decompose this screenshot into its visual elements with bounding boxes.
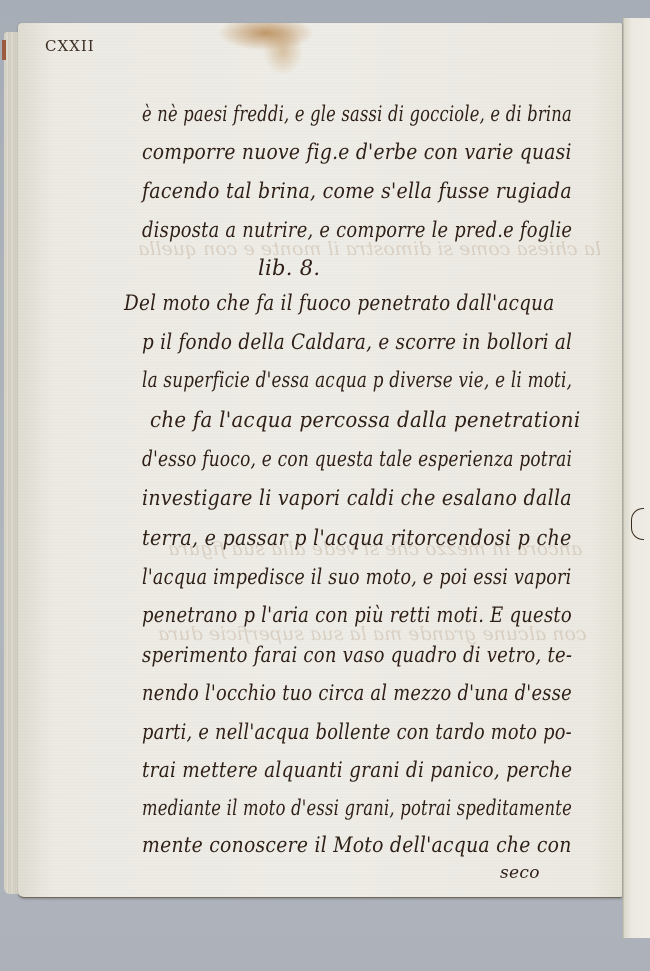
text-line: sperimento farai con vaso quadro di vetr… [142,643,572,667]
text-line: disposta a nutrire, e comporre le pred.e… [142,218,572,242]
text-line: p il fondo della Caldara, e scorre in bo… [142,330,572,354]
text-line: mente conoscere il Moto dell'acqua che c… [142,833,572,857]
text-line: la superficie d'essa acqua p diverse vie… [142,368,572,392]
text-line: l'acqua impedisce il suo moto, e poi ess… [142,565,571,589]
text-line: facendo tal brina, come s'ella fusse rug… [142,179,572,203]
facing-page [623,18,650,938]
binding-edge [2,40,6,60]
text-line: trai mettere alquanti grani di panico, p… [142,758,572,782]
text-line: è nè paesi freddi, e gle sassi di goccio… [142,102,572,126]
text-line: comporre nuove fig.e d'erbe con varie qu… [142,140,572,164]
text-line: nendo l'occhio tuo circa al mezzo d'una … [142,681,572,705]
text-line-reference: lib. 8. [258,256,320,280]
manuscript-page: CXXII la chiesa come si dimostra il mont… [18,23,622,898]
manuscript-text: è nè paesi freddi, e gle sassi di goccio… [18,23,622,897]
text-line: investigare li vapori caldi che esalano … [142,486,572,510]
text-line: d'esso fuoco, e con questa tale esperien… [142,447,572,471]
text-line: terra, e passar p l'acqua ritorcendosi p… [142,526,572,550]
text-line: che fa l'acqua percossa dalla penetratio… [150,408,580,432]
text-line: parti, e nell'acqua bollente con tardo m… [142,720,572,744]
heading-line: Del moto che fa il fuoco penetrato dall'… [124,291,554,315]
text-line: mediante il moto d'essi grani, potrai sp… [142,796,572,820]
facing-page-ink-mark [631,508,644,540]
text-line: penetrano p l'aria con più retti moti. E… [142,603,572,627]
catchword: seco [500,863,540,883]
